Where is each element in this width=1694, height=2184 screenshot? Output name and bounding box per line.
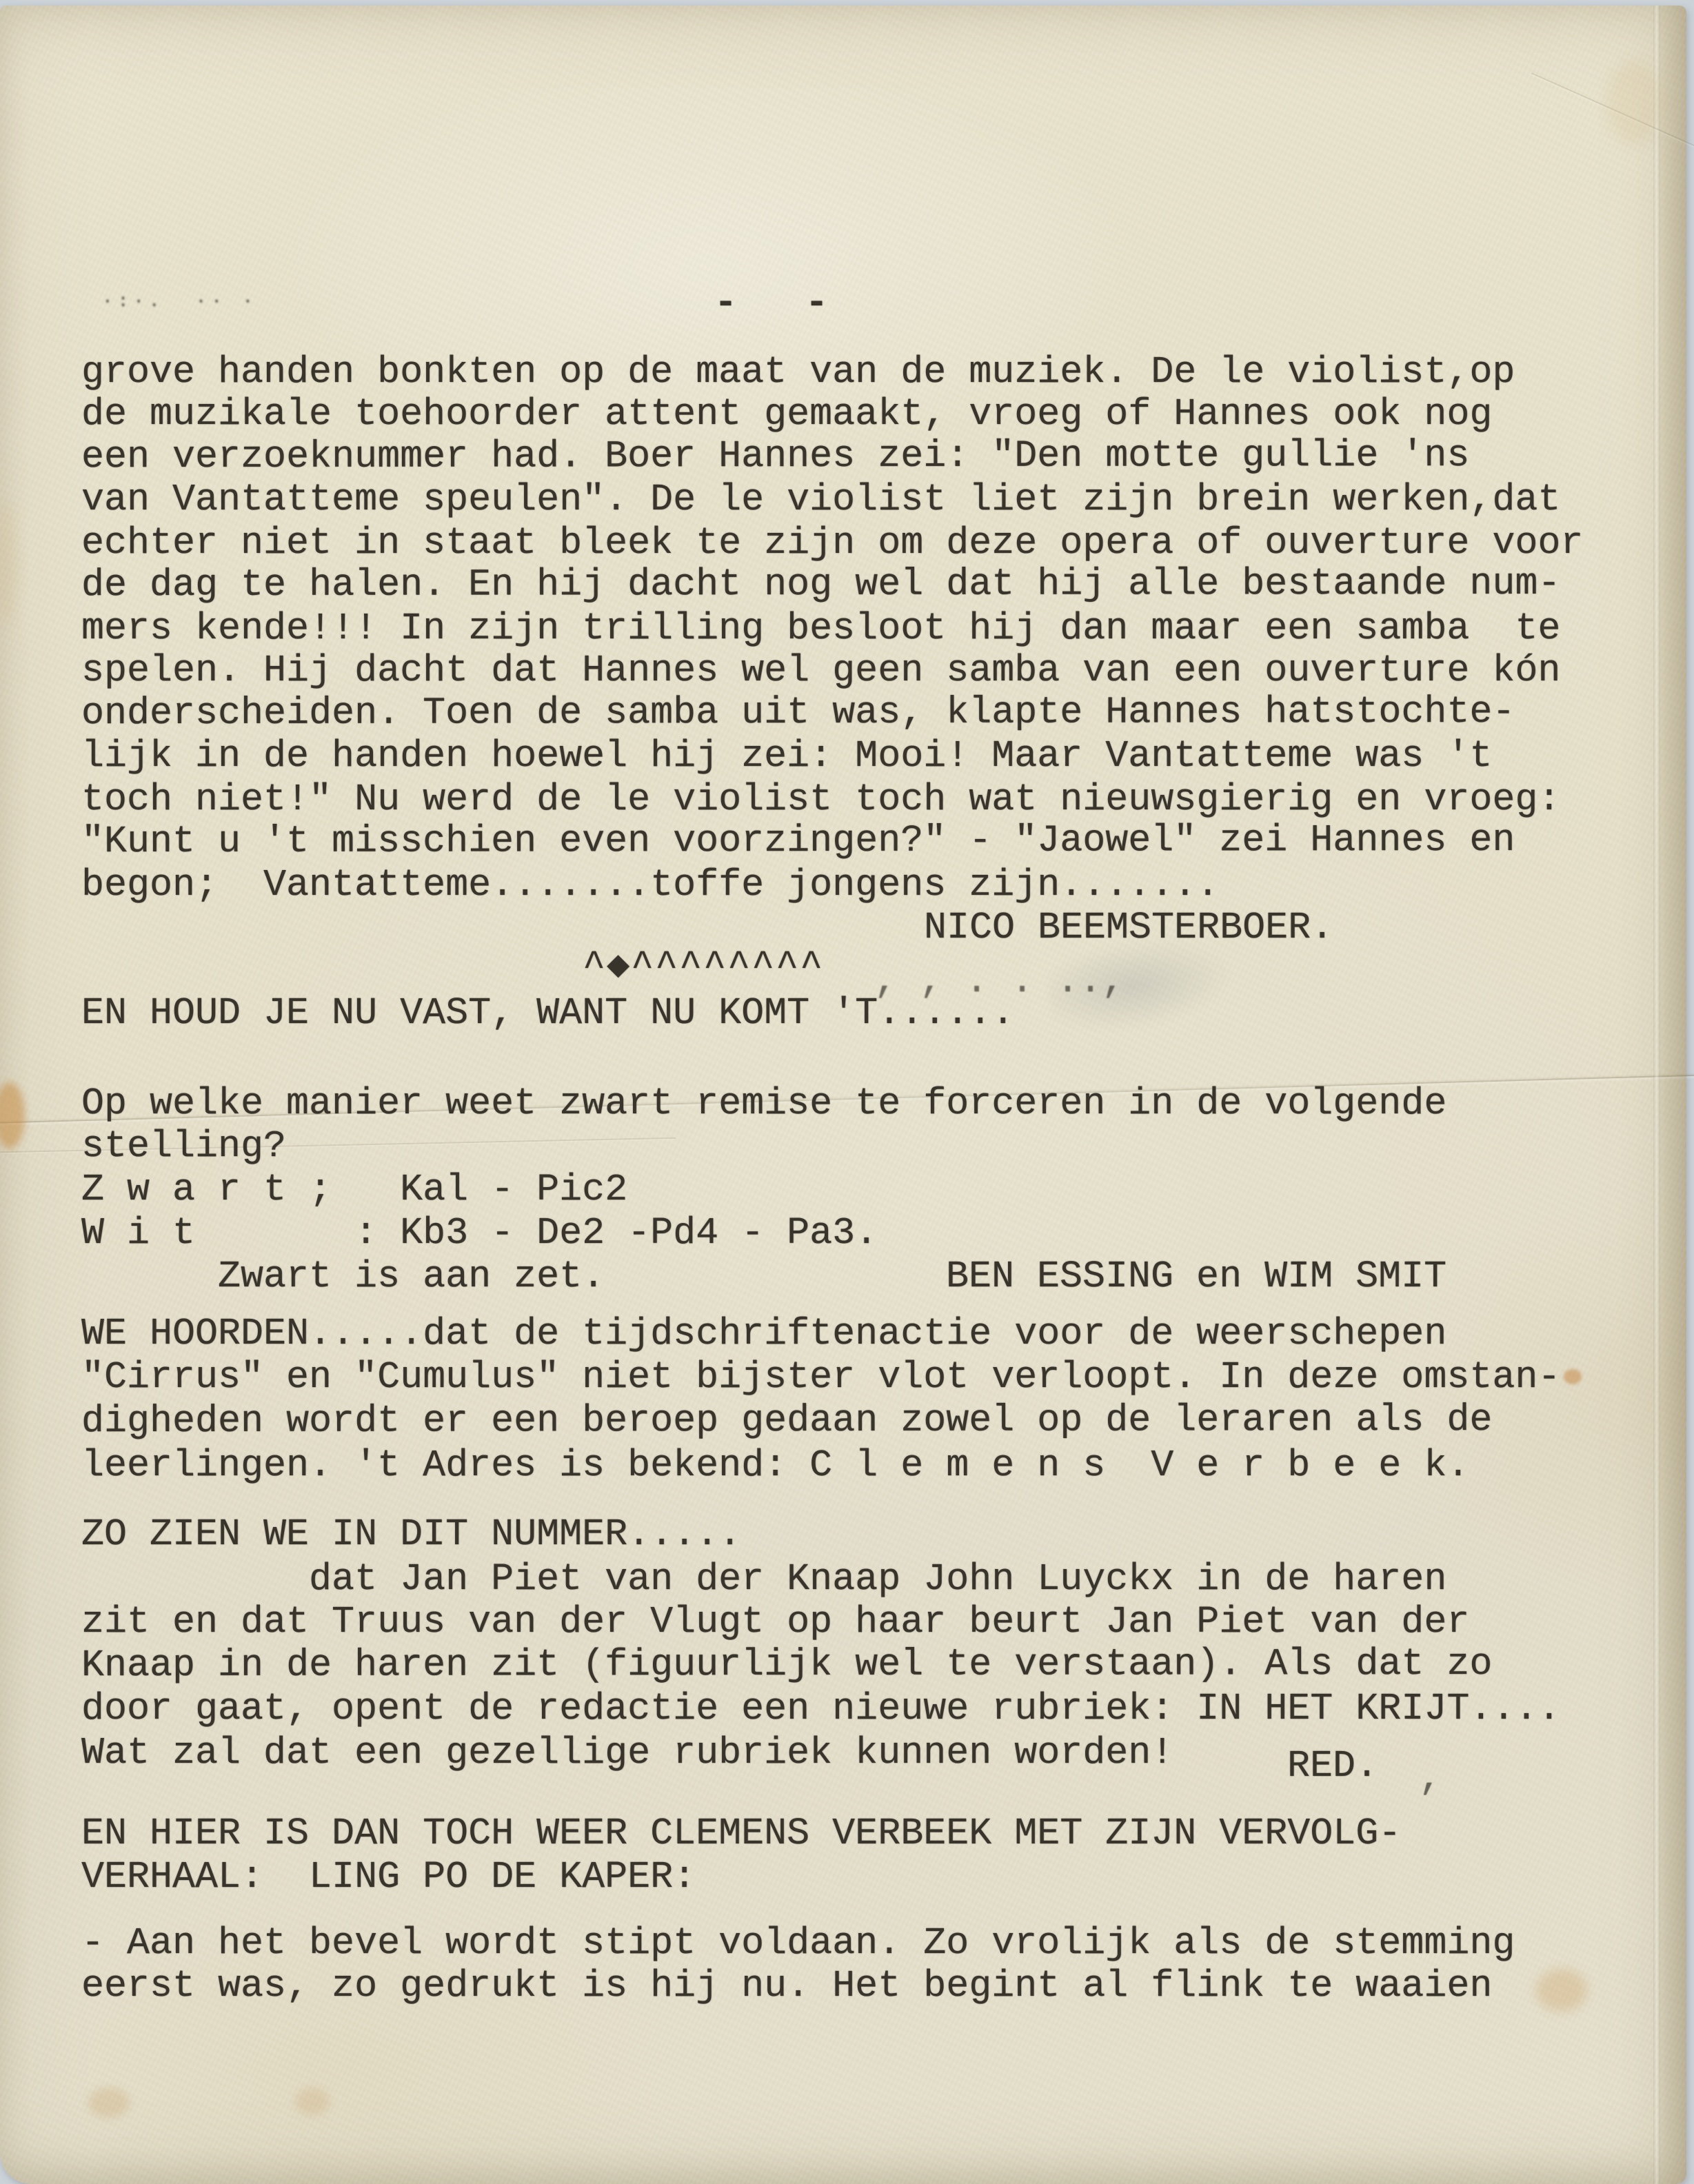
story-line: van Vantatteme speulen". De le violist l…: [81, 478, 1583, 521]
caret-divider: ^◆^^^^^^^^: [583, 944, 824, 988]
page-number-dashes: - -: [714, 281, 828, 325]
story-line: lijk in de handen hoewel hij zei: Mooi! …: [81, 735, 1583, 778]
we-hoorden-paragraph: WE HOORDEN.....dat de tijdschriftenactie…: [81, 1311, 1560, 1488]
stain-right-small: [1564, 1369, 1582, 1384]
story-line: echter niet in staat bleek te zijn om de…: [81, 522, 1583, 565]
story-line: de dag te halen. En hij dacht nog wel da…: [81, 563, 1583, 607]
scanned-document: { "colors": { "paper": "#e8e2cc", "ink":…: [0, 0, 1694, 2184]
story-line: toch niet!" Nu werd de le violist toch w…: [81, 778, 1583, 821]
in-this-issue-line: Knaap in de haren zit (figuurlijk wel te…: [81, 1642, 1560, 1687]
in-this-issue-heading: ZO ZIEN WE IN DIT NUMMER.....: [81, 1513, 741, 1556]
letter-page: ·:·. ·· · - - grove handen bonkten op de…: [0, 6, 1686, 2184]
we-hoorden-line: digheden wordt er een beroep gedaan zowe…: [81, 1398, 1560, 1444]
story-line: grove handen bonkten op de maat van de m…: [81, 351, 1583, 394]
chess-authors: BEN ESSING en WIM SMIT: [946, 1255, 1446, 1298]
stain-bottom-left-2: [295, 2087, 330, 2115]
serial-paragraph: - Aan het bevel wordt stipt voldaan. Zo …: [81, 1921, 1515, 2008]
in-this-issue-line: door gaat, opent de redactie een nieuwe …: [81, 1687, 1560, 1730]
stain-mid-left: [0, 502, 17, 626]
chess-intro-line: Op welke manier weet zwart remise te for…: [81, 1082, 1446, 1125]
we-hoorden-line: leerlingen. 't Adres is bekend: C l e m …: [81, 1444, 1560, 1488]
serial-line: eerst was, zo gedrukt is hij nu. Het beg…: [81, 1964, 1515, 2008]
we-hoorden-line: "Cirrus" en "Cumulus" niet bijster vlot …: [81, 1355, 1560, 1399]
stain-left-edge: [0, 1082, 25, 1149]
in-this-issue-line: dat Jan Piet van der Knaap John Luyckx i…: [81, 1557, 1560, 1601]
story-line: de muzikale toehoorder attent gemaakt, v…: [81, 393, 1583, 436]
serial-heading-line1: EN HIER IS DAN TOCH WEER CLEMENS VERBEEK…: [81, 1812, 1401, 1855]
in-this-issue-paragraph: dat Jan Piet van der Knaap John Luyckx i…: [81, 1557, 1560, 1774]
we-hoorden-line: WE HOORDEN.....dat de tijdschriftenactie…: [81, 1312, 1560, 1356]
story-line: een verzoeknummer had. Boer Hannes zei: …: [81, 434, 1583, 478]
chess-black-pieces-line: Z w a r t ; Kal - Pic2: [81, 1168, 627, 1211]
fold-crease-right: [1653, 6, 1660, 2184]
chess-turn-line: Zwart is aan zet.: [81, 1255, 605, 1298]
story-line: onderscheiden. Toen de samba uit was, kl…: [81, 691, 1583, 735]
story-line: begon; Vantatteme.......toffe jongens zi…: [81, 864, 1583, 907]
story-line: "Kunt u 't misschien even voorzingen?" -…: [81, 819, 1583, 863]
page-edge-shadow: [1660, 6, 1686, 2184]
editorial-signature: RED.: [1287, 1744, 1378, 1788]
serial-line: - Aan het bevel wordt stipt voldaan. Zo …: [81, 1921, 1515, 1965]
ink-smudge: ·:·. ·· ·: [102, 280, 258, 323]
stain-bottom-left: [88, 2087, 130, 2118]
editorial-signature-mark: ,: [1419, 1757, 1442, 1800]
chess-intro: Op welke manier weet zwart remise te for…: [81, 1081, 1446, 1168]
story-line: mers kende!!! In zijn trilling besloot h…: [81, 607, 1583, 650]
story-paragraph: grove handen bonkten op de maat van de m…: [81, 350, 1583, 906]
serial-heading-line2: VERHAAL: LING PO DE KAPER:: [81, 1855, 696, 1899]
story-signature: NICO BEEMSTERBOER.: [924, 906, 1333, 949]
stain-right-low: [1536, 1969, 1587, 2012]
in-this-issue-line: zit en dat Truus van der Vlugt op haar b…: [81, 1600, 1560, 1644]
chess-section-heading: EN HOUD JE NU VAST, WANT NU KOMT 'T.....…: [81, 991, 1014, 1035]
chess-intro-line: stelling?: [81, 1124, 1446, 1168]
chess-white-pieces-line: W i t : Kb3 - De2 -Pd4 - Pa3.: [81, 1211, 878, 1255]
story-line: spelen. Hij dacht dat Hannes wel geen sa…: [81, 649, 1583, 692]
